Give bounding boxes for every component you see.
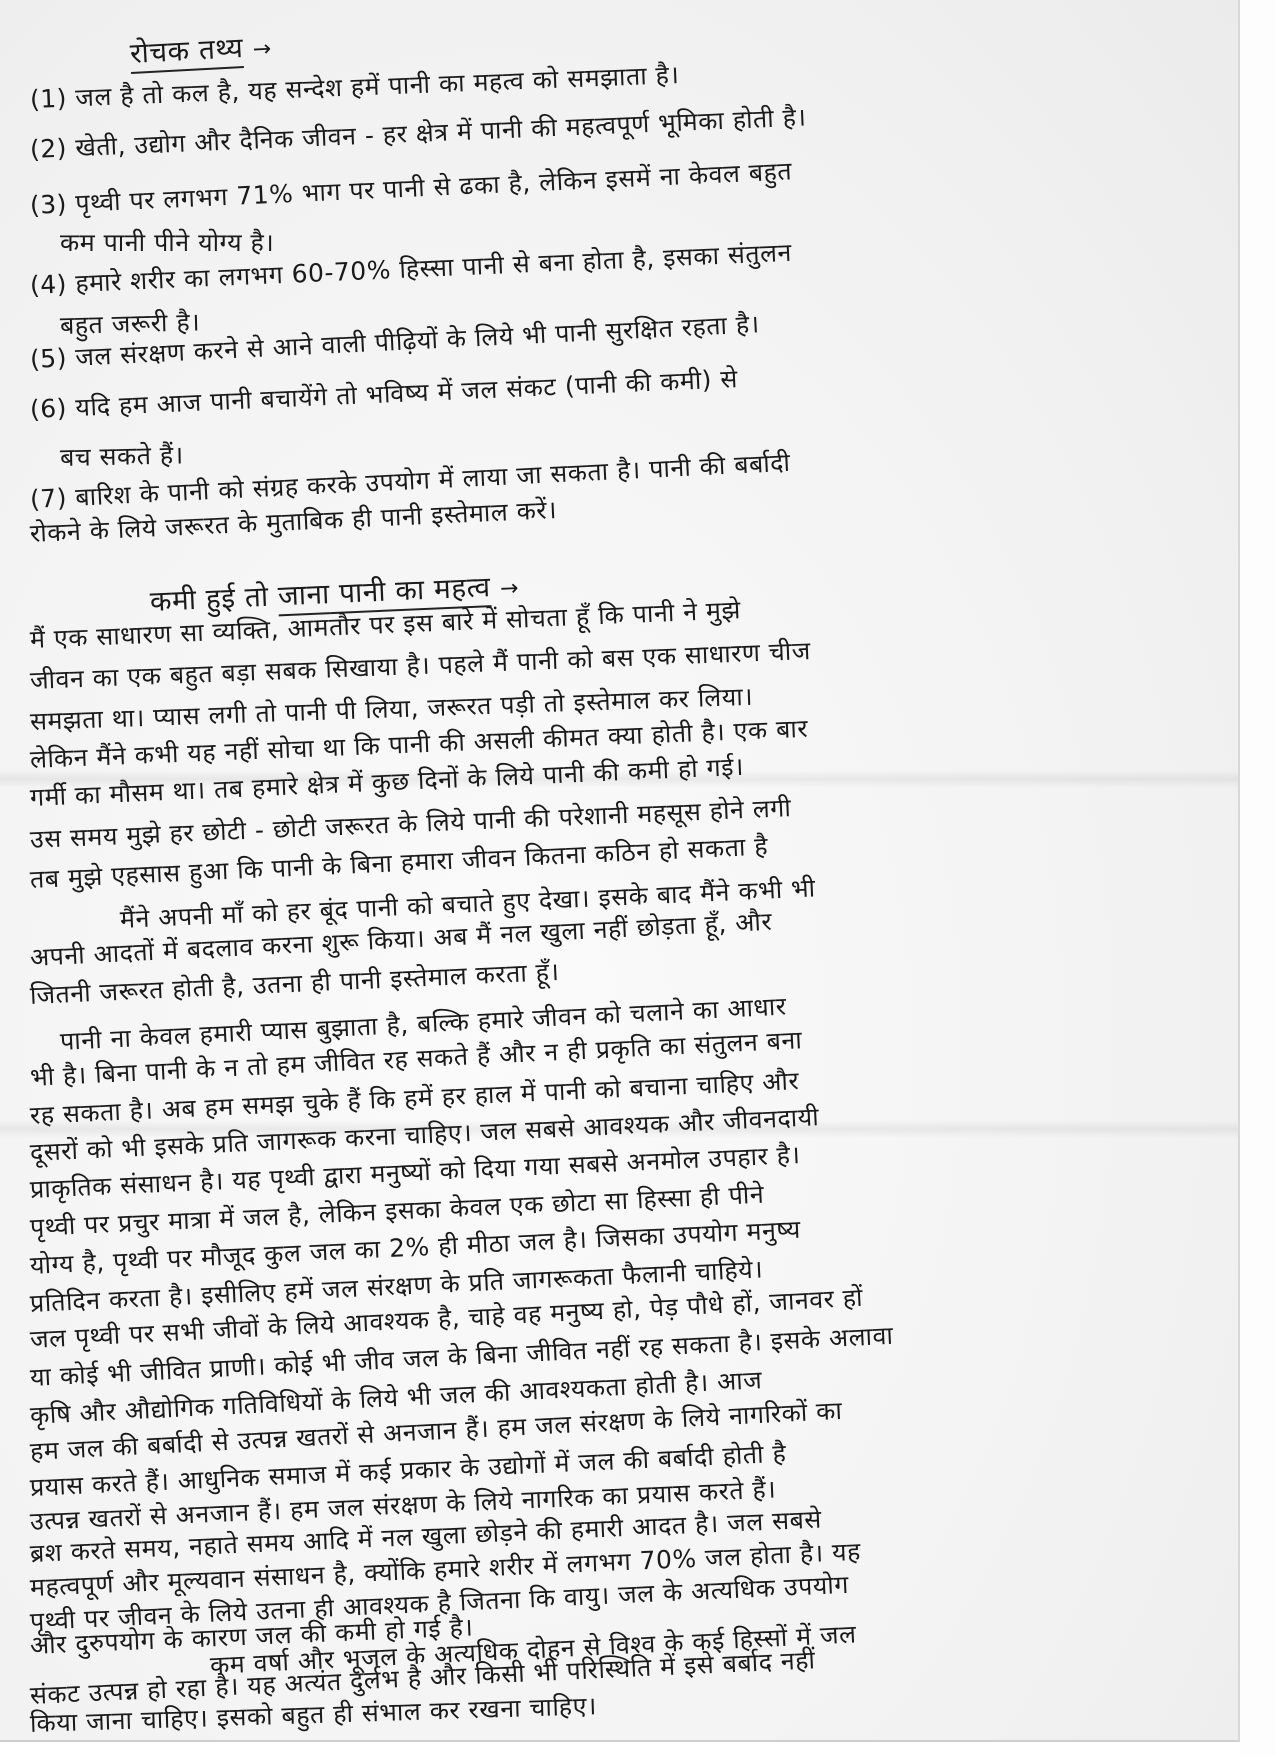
- scan-margin: [1240, 0, 1275, 1755]
- heading-text: रोचक तथ्य: [129, 31, 244, 74]
- fact-line: कम पानी पीने योग्य है।: [60, 225, 274, 259]
- arrow-icon: →: [252, 37, 272, 63]
- section-heading-facts: रोचक तथ्य →: [129, 27, 273, 72]
- fact-line: बच सकते हैं।: [60, 437, 184, 474]
- arrow-icon: →: [500, 576, 520, 602]
